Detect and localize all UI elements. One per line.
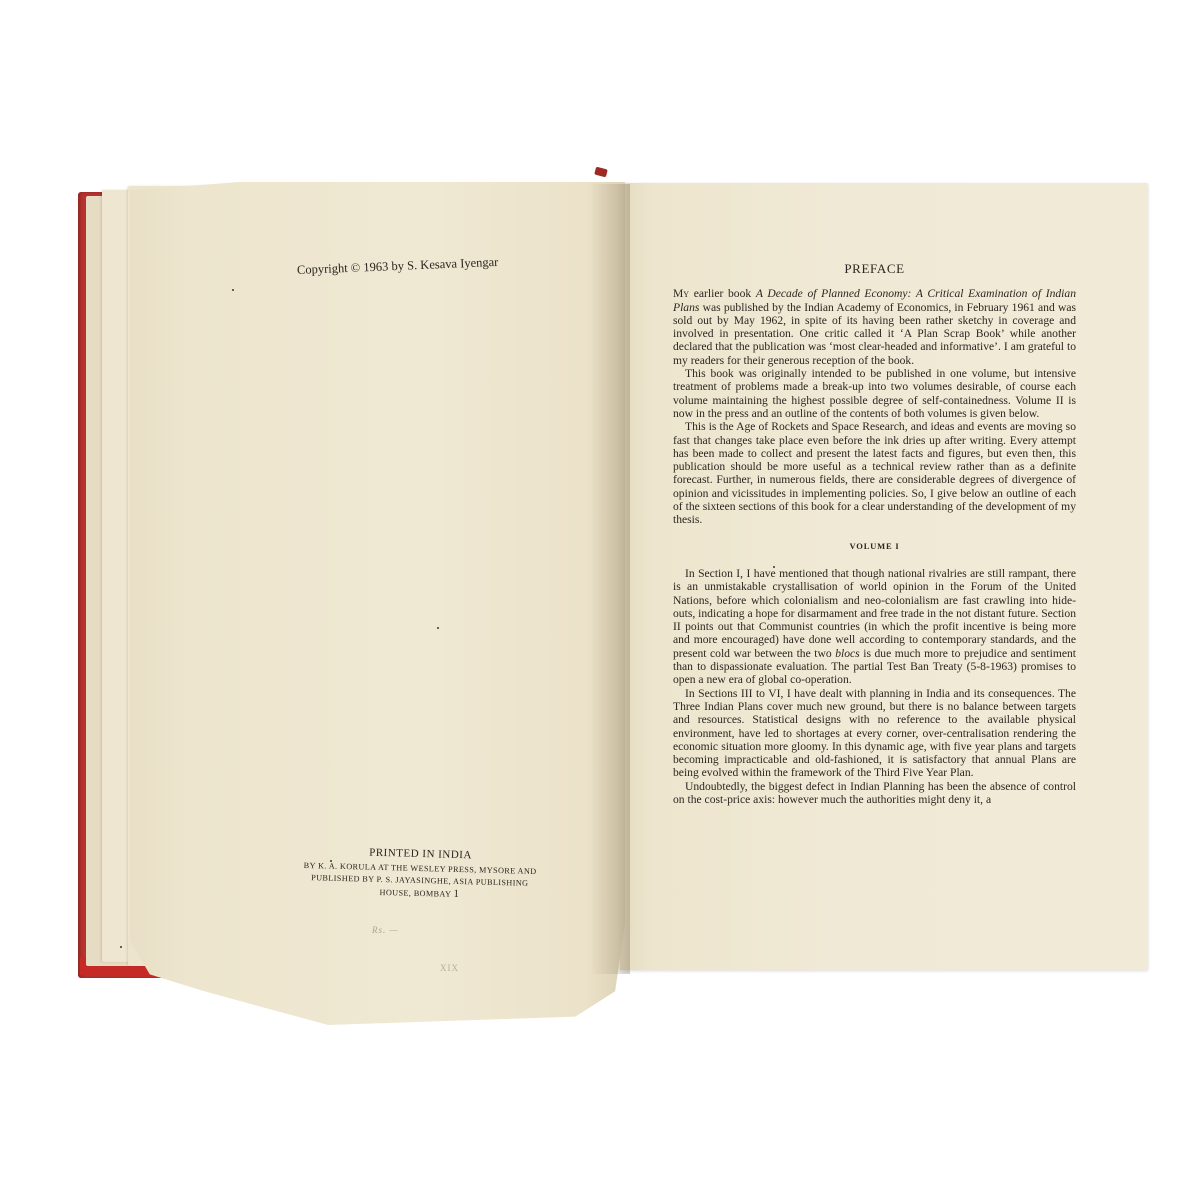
italic-word: blocs xyxy=(835,647,859,660)
pencil-mark: XIX xyxy=(440,963,459,973)
paragraph: This book was originally intended to be … xyxy=(673,367,1076,420)
printer-imprint: PRINTED IN INDIA by K. A. Korula at the … xyxy=(299,845,540,903)
paragraph: My earlier book A Decade of Planned Econ… xyxy=(673,287,1076,367)
preface-text: PREFACE My earlier book A Decade of Plan… xyxy=(673,262,1076,806)
paragraph: In Sections III to VI, I have dealt with… xyxy=(673,687,1076,780)
paper-speck xyxy=(232,289,234,291)
paragraph-text: was published by the Indian Academy of E… xyxy=(673,301,1076,367)
paragraph: This is the Age of Rockets and Space Res… xyxy=(673,420,1076,526)
paragraph-text: earlier book xyxy=(689,287,756,300)
imprint-line-text: House, Bombay xyxy=(379,888,451,899)
section-heading: VOLUME I xyxy=(673,540,1076,553)
preface-title: PREFACE xyxy=(673,262,1076,275)
paper-speck xyxy=(437,627,439,629)
imprint-line-number: 1 xyxy=(453,888,459,900)
pencil-mark: Rs. — xyxy=(372,925,399,935)
book-photo: Copyright © 1963 by S. Kesava Iyengar PR… xyxy=(0,0,1200,1200)
paper-speck xyxy=(330,860,332,862)
paper-speck xyxy=(120,946,122,948)
lead-word: My xyxy=(673,287,689,300)
paragraph: Undoubtedly, the biggest defect in India… xyxy=(673,780,1076,807)
cover-corner xyxy=(594,167,608,178)
gutter-shadow xyxy=(590,184,630,974)
paragraph: In Section I, I have mentioned that thou… xyxy=(673,567,1076,687)
